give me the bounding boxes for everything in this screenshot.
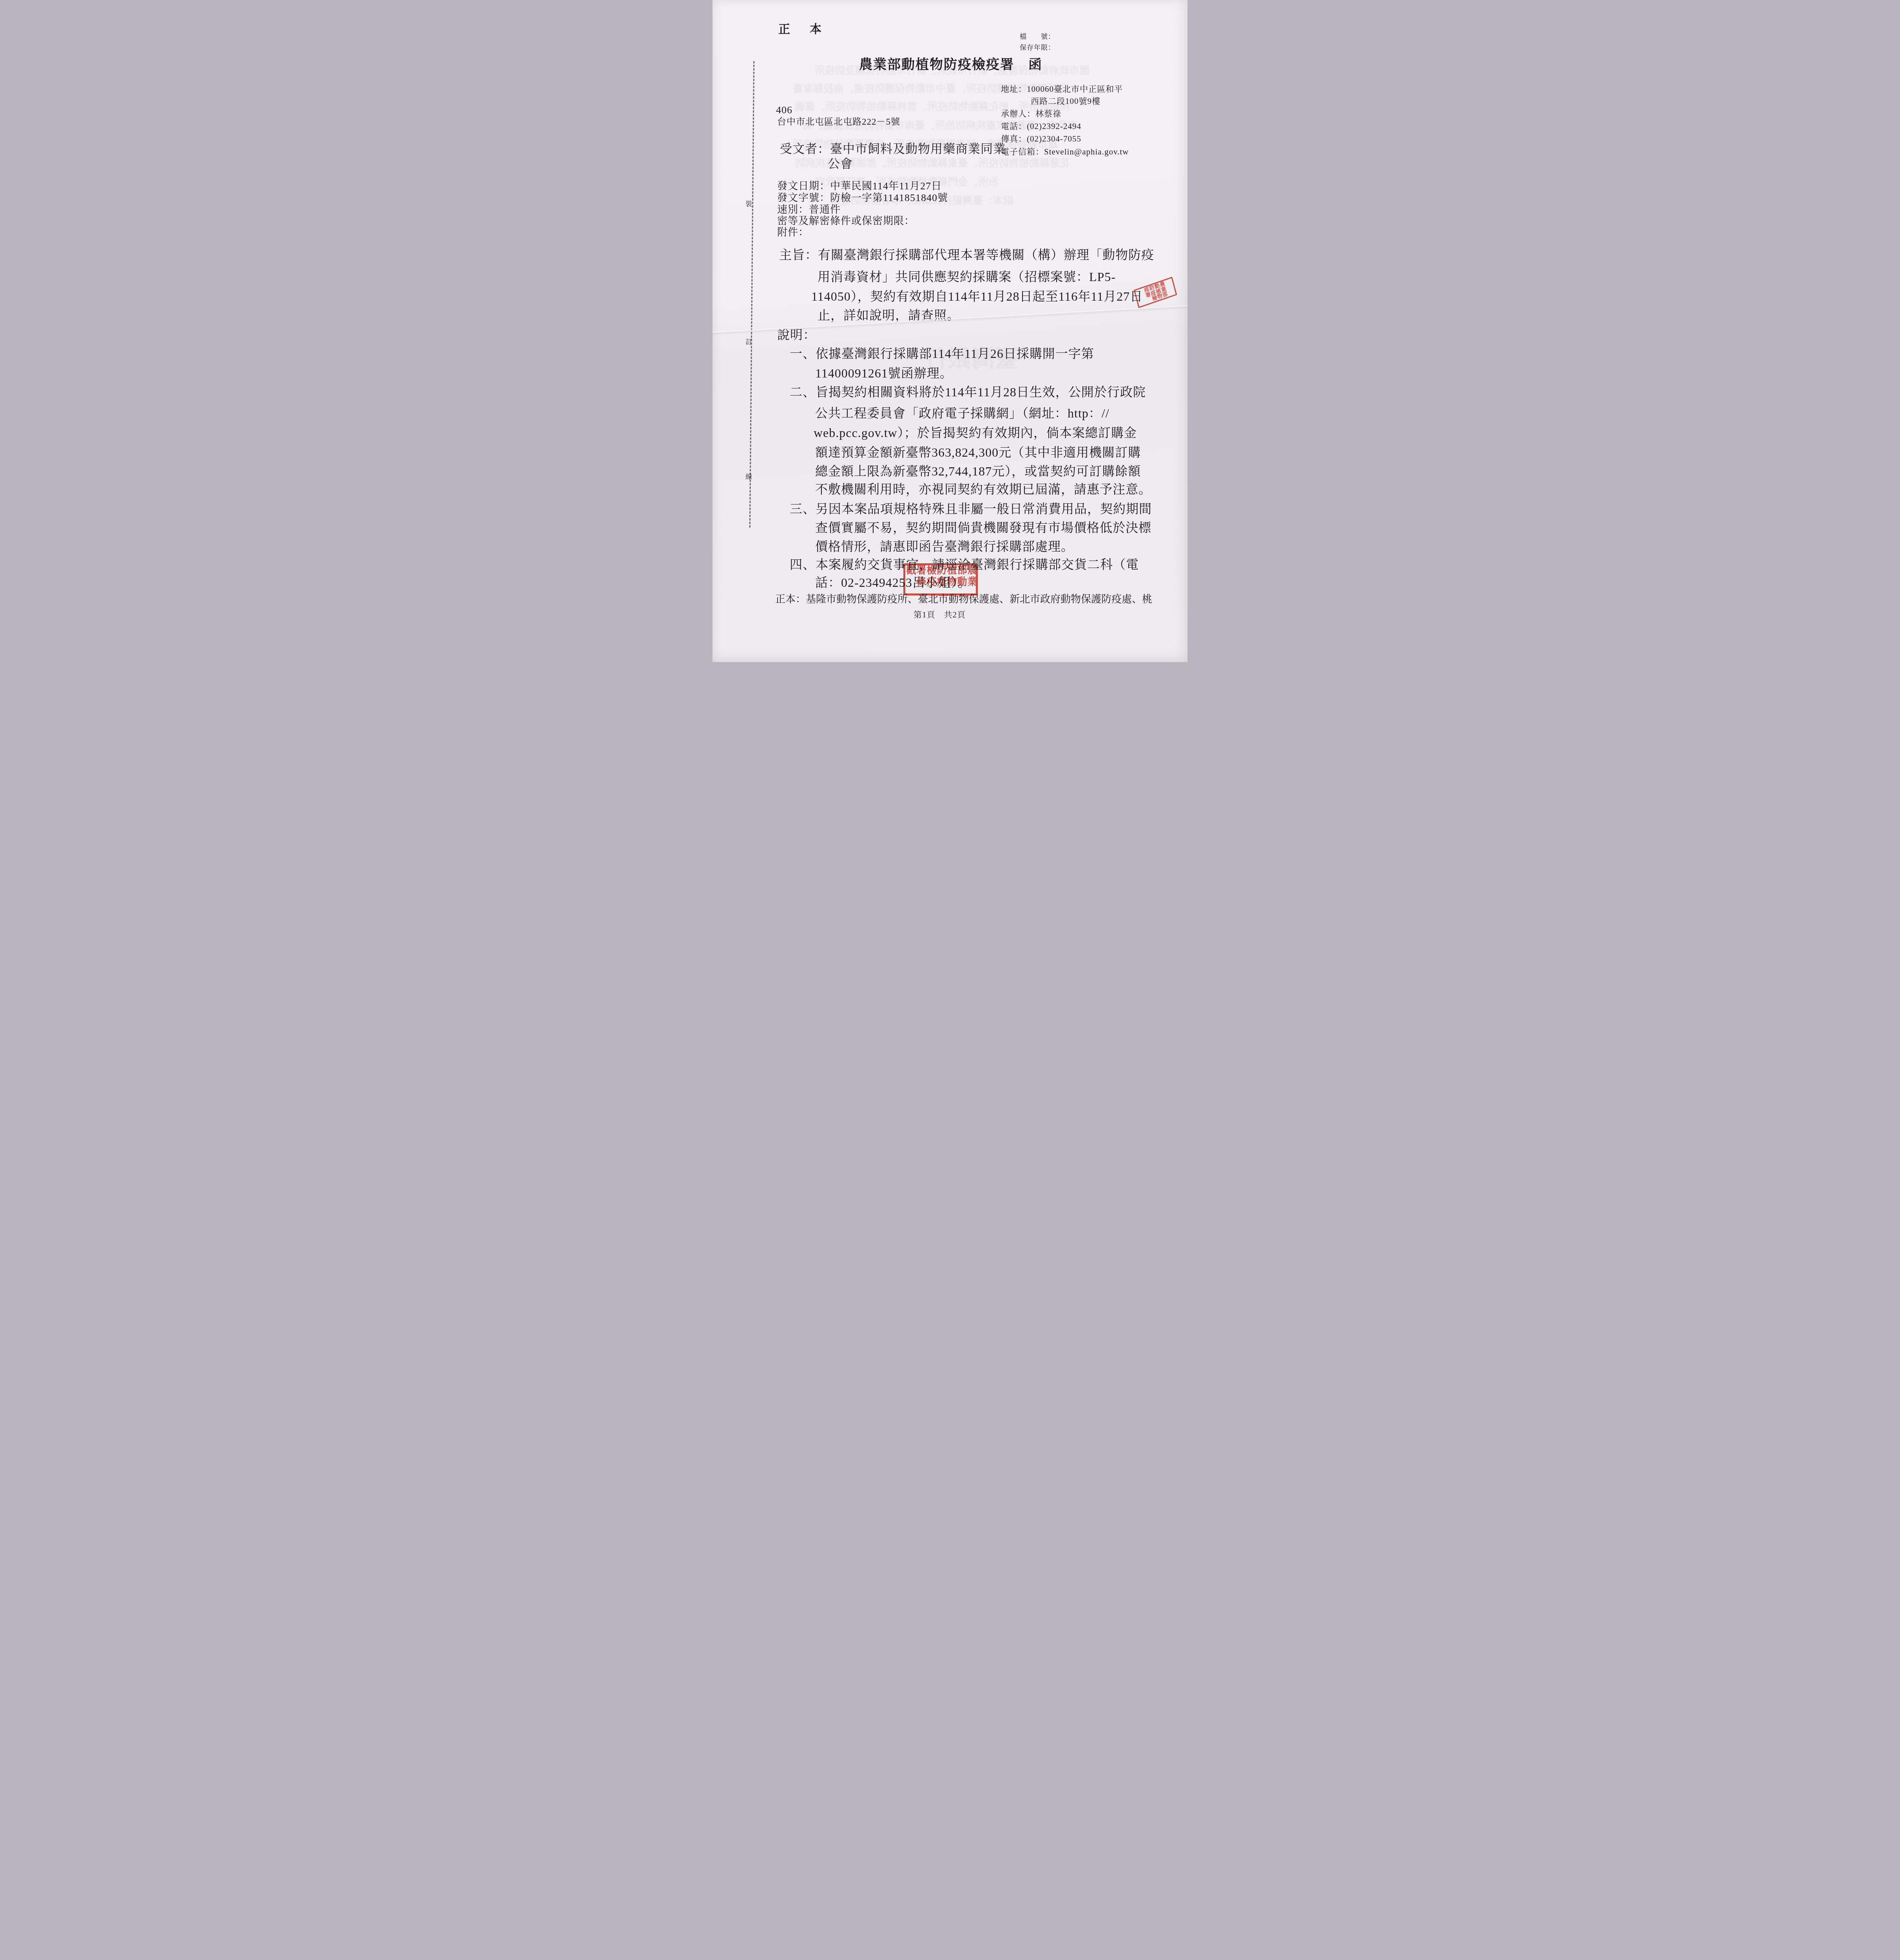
- explanation-item3-line: 三、另因本案品項規格特殊且非屬一般日常消費用品，契約期間: [790, 502, 1152, 516]
- explanation-item4-line: 四、本案履約交貨事宜，請逕洽臺灣銀行採購部交貨二科（電: [790, 557, 1139, 572]
- explanation-item2-line: 總金額上限為新臺幣32,744,187元），或當契約可訂購餘額: [815, 464, 1141, 479]
- speed-class: 速別：普通件: [777, 204, 841, 216]
- recipient-zip: 406: [776, 104, 792, 116]
- binding-dashed-line: [749, 61, 754, 528]
- subject-line: 主旨：有關臺灣銀行採購部代理本署等機關（構）辦理「動物防疫: [779, 248, 1154, 262]
- secrecy-level: 密等及解密條件或保密期限：: [777, 215, 915, 227]
- document-number: 發文字號：防檢一字第1141851840號: [777, 192, 948, 204]
- explanation-item2-line: 公共工程委員會「政府電子採購網」（網址：http：//: [815, 406, 1110, 421]
- recipient-street-address: 台中市北屯區北屯路222－5號: [777, 117, 900, 127]
- explanation-item2-line: 不敷機關利用時，亦視同契約有效期已屆滿，請惠予注意。: [815, 482, 1151, 497]
- recipient-line2: 公會: [828, 157, 853, 171]
- sender-email: 電子信箱：Stevelin@aphia.gov.tw: [1001, 147, 1129, 156]
- attachment-label: 附件：: [777, 227, 809, 238]
- explanation-item2-line: 二、旨揭契約相關資料將於114年11月28日生效，公開於行政院: [790, 385, 1146, 399]
- sender-fax: 傳真：(02)2304-7055: [1001, 134, 1081, 143]
- explanation-item3-line: 價格情形，請惠即函告臺灣銀行採購部處理。: [815, 539, 1074, 554]
- subject-line: 用消毒資材」共同供應契約採購案（招標案號：LP5-: [818, 270, 1116, 284]
- explanation-item2-line: 額達預算金額新臺幣363,824,300元（其中非適用機關訂購: [815, 445, 1141, 460]
- subject-line: 止，詳如說明，請查照。: [818, 308, 960, 323]
- page-number-indicator: 第1頁 共2頁: [914, 610, 966, 619]
- explanation-label: 說明：: [777, 328, 816, 342]
- copy-type-label: 正 本: [778, 23, 825, 36]
- explanation-item3-line: 查價實屬不易，契約期間倘貴機關發現有市場價格低於決標: [815, 521, 1151, 535]
- binding-char-zhuang: 裝: [745, 198, 752, 208]
- document-title: 農業部動植物防疫檢疫署 函: [859, 57, 1042, 73]
- sender-phone: 電話：(02)2392-2494: [1001, 122, 1081, 131]
- explanation-item1-line: 11400091261號函辦理。: [815, 366, 953, 381]
- binding-char-xian: 線: [745, 471, 752, 481]
- recipient-line1: 受文者：臺中市飼料及動物用藥商業同業: [780, 142, 1006, 156]
- sender-contact-person: 承辦人：林蔡祿: [1001, 109, 1061, 118]
- explanation-item4-line: 話：02-23494253呂小姐）。: [815, 575, 971, 590]
- seal-text: 農業部動植物防疫檢疫署: [1143, 281, 1168, 304]
- explanation-item1-line: 一、依據臺灣銀行採購部114年11月26日採購開一字第: [790, 347, 1094, 361]
- sender-address-line2: 西路二段100號9樓: [1031, 96, 1100, 106]
- binding-char-ding: 訂: [745, 336, 752, 346]
- explanation-item2-line: web.pcc.gov.tw）；於旨揭契約有效期內，倘本案總訂購金: [814, 426, 1137, 440]
- document-page: 園市政府動物保護處、新竹市政府、新竹市動物保護及防疫所 苗栗縣動物保護防疫所、臺…: [712, 0, 1187, 662]
- sender-address-line1: 地址：100060臺北市中正區和平: [1001, 84, 1123, 94]
- cc-recipients-line: 正本：基隆市動物保護防疫所、臺北市動物保護處、新北市政府動物保護防疫處、桃: [775, 593, 1152, 605]
- issue-date: 發文日期：中華民國114年11月27日: [777, 180, 942, 192]
- file-number-label: 檔 號：: [1020, 33, 1055, 41]
- retention-period-label: 保存年限：: [1020, 44, 1055, 52]
- subject-line: 114050），契約有效期自114年11月28日起至116年11月27日: [811, 289, 1143, 304]
